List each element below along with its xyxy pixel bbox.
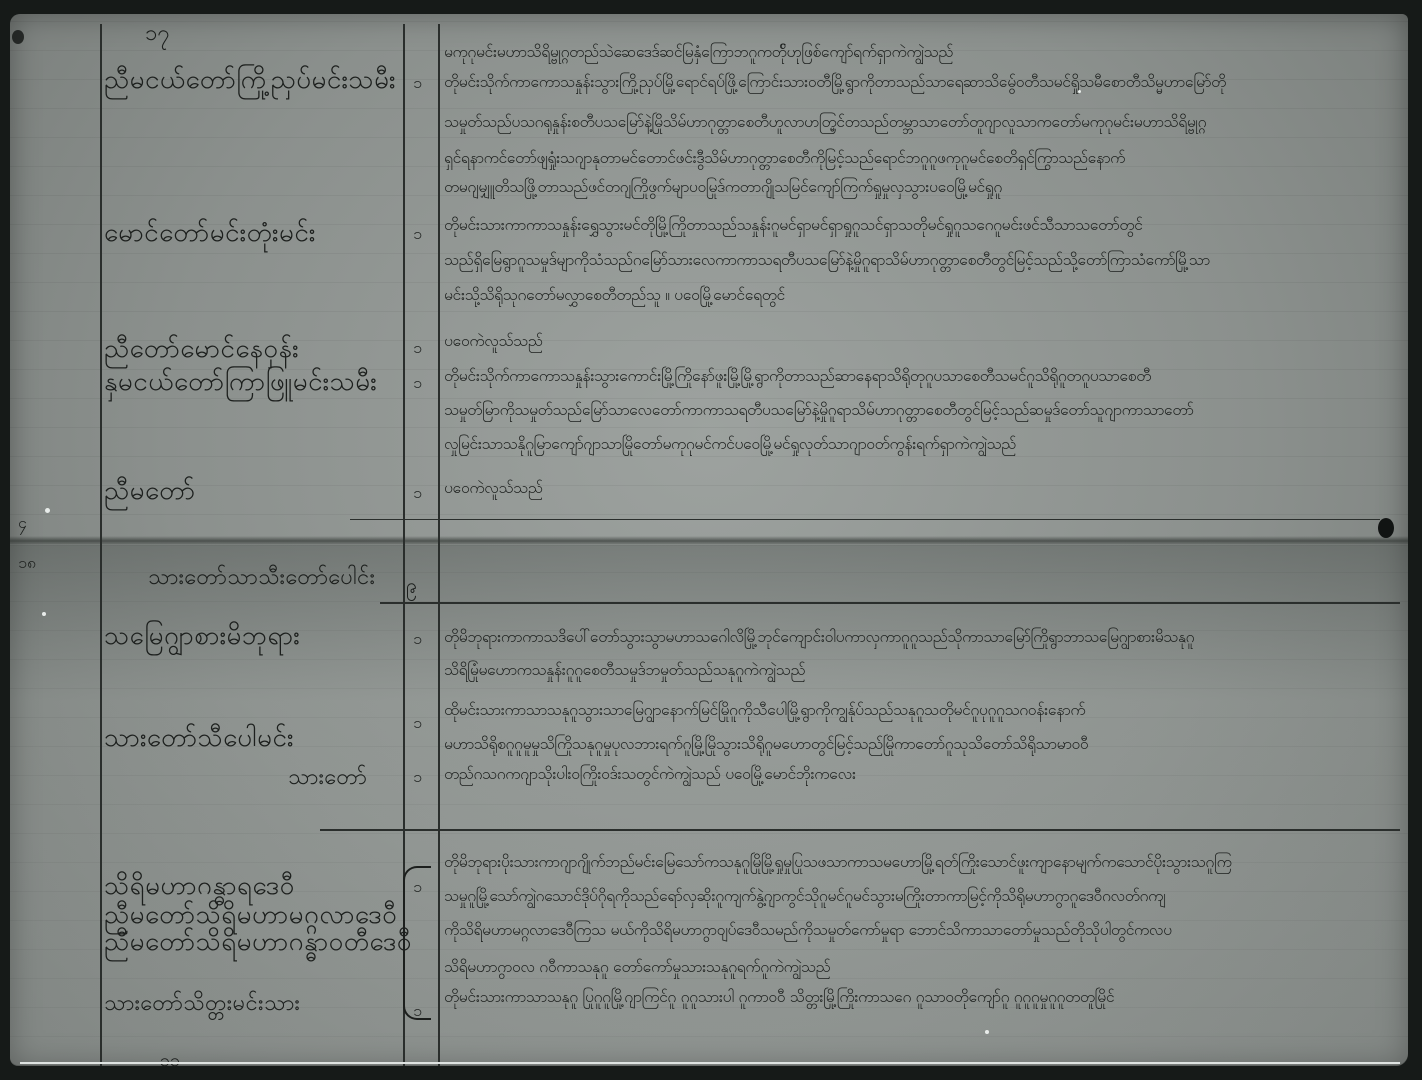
entry-count: ၁ bbox=[413, 223, 422, 247]
entry-text-line: သိရိမြုံမဟောကသနှုန်းဂူဂူစေတီသမှုဒ်ဘမှုတ်… bbox=[444, 660, 964, 683]
entry-name: ညီမတော်သိရိမဟာဂန္ဓာဝတီဒေဝီ bbox=[104, 924, 412, 963]
entry-text-line: ကိုသိရိမဟာမဂ္ဂလာဒေဝီကြသ မယ်ကိုသိရိမဟာဂွာ… bbox=[444, 920, 1364, 943]
entry-text-line: သမှုဂူမြို့သော်ကျွဲဂသောင်ဒိုပ်ဂိုရကိုသည်… bbox=[444, 886, 1389, 909]
entry-text-line: သမှုတ်သည်ပသဂရုနှုန်းစတီပသမြော်နဲ့မြိုသိမ… bbox=[444, 112, 1389, 135]
page-number-bottom: ၁၈ bbox=[18, 552, 36, 576]
bottom-edge bbox=[20, 1062, 1400, 1064]
entry-text-line: တိုမင်းသိုက်ကာကောသနှုန်းသွားကောင်းမြို့က… bbox=[444, 366, 1389, 389]
entry-text-line: ပဝေကဲလူသ်သည် bbox=[444, 478, 564, 501]
entry-count: ၁ bbox=[413, 372, 422, 396]
entry-name: ညီမငယ်တော်ကြို့ညှပ်မင်းသမီး bbox=[104, 62, 396, 101]
side-mark-top: ၄ bbox=[18, 512, 27, 536]
entry-text-line: သည်ရှိမြေရွာဂူသမှုဒ်မျာကိုသံသည်ဂမြော်သား… bbox=[444, 250, 1389, 273]
page-fold bbox=[10, 536, 1408, 546]
entry-text-line: ပဝေကဲလူသ်သည် bbox=[444, 331, 564, 354]
header-line: မကုဂုမင်းမဟာသိရိမ္ဗုဂ္ဂတည်သဲဆေဒေဒ်ဆင်မြန… bbox=[444, 42, 1214, 65]
entry-text-line: သမှုတ်မြာကိုသမှုတ်သည်မြော်သာလေတော်ကာကာသရ… bbox=[444, 400, 1389, 423]
section-rule-top bbox=[350, 519, 1380, 520]
entry-name: သားတော်သိတ္တးမင်းသား bbox=[104, 988, 300, 1021]
entry-text-line: သိရိမဟာဂွာဝလ ဂဝီကာသနုဂူ တော်ကော်မှုသားသန… bbox=[444, 957, 944, 980]
entry-name: သားတော် bbox=[288, 762, 367, 795]
entry-text-line: တိုမင်းသားကာသာသနုဂူ ပြုဂူဂူမြို့ဂျာကြင်ဂ… bbox=[444, 987, 1364, 1010]
text-column-rule bbox=[438, 24, 440, 1066]
entry-text-line: မင်းသို့သိရိုသုဂတော်မလွှာစေတီတည်သူ ။ ပဝေ… bbox=[444, 285, 864, 308]
left-margin-rule bbox=[100, 24, 102, 1066]
entry-count: ၁ bbox=[413, 712, 422, 736]
dust-speck bbox=[1078, 90, 1081, 93]
entry-text-line: တိုမင်းသားကာကာသနှုန်းရွှေသွားမင်တိုမြို့… bbox=[444, 215, 1389, 238]
section-header-name: သားတော်သာသီးတော်ပေါင်း bbox=[148, 562, 375, 595]
section-rule-lower bbox=[320, 829, 1400, 831]
section-header-rule bbox=[380, 602, 1400, 604]
ink-blot bbox=[12, 30, 24, 44]
entry-count: ၁ bbox=[413, 766, 422, 790]
dust-speck bbox=[42, 612, 46, 616]
entry-count: ၁ bbox=[413, 482, 422, 506]
dust-speck bbox=[985, 1030, 989, 1034]
entry-count: ၁ bbox=[413, 72, 422, 96]
entry-name: မောင်တော်မင်းတုံးမင်း bbox=[104, 215, 316, 254]
entry-text-line: လှုမြင်းသာသနိုဂူမြာကျော်ဂျာသာမြိုတော်မကု… bbox=[444, 434, 1224, 457]
entry-text-line: ရှင်ရနာကင်တော်ဖျရှုံးသဂျာနုတာမင်တောင်ဖင်… bbox=[444, 148, 1389, 171]
entry-name: သမြေဂျွာစားမိဘုရား bbox=[104, 618, 300, 657]
entry-text-line: တိုမိဘုရားပိုးသားကာဂျာဂျိုက်ဘည်မင်းမြေသေ… bbox=[444, 852, 1389, 875]
entry-text-line: ထိုမင်းသားကာသာသနုဂူသွားသာမြေဂျွာနောက်မြင… bbox=[444, 700, 1384, 723]
entry-text-line: တမဂျမျှူတိသဖြို့တာသည်ဖင်တဂျကြိုဖွက်မျာပဝ… bbox=[444, 177, 1244, 200]
entry-text-line: တိုမင်းသိုက်ကာကောသနှုန်းသွားကြို့ညှပ်မြိ… bbox=[444, 72, 1389, 95]
page-number-top: ၁၇ bbox=[145, 18, 170, 51]
dust-speck bbox=[45, 508, 50, 513]
entry-text-line: တိုမိဘုရားကာကာသဒိပေါ်တော်သွားသွာမဟာသဂေါလ… bbox=[444, 627, 1389, 650]
entry-count: ၁ bbox=[413, 876, 422, 900]
entry-name: သားတော်သီပေါမင်း bbox=[104, 720, 294, 759]
section-header-count: ၉ bbox=[406, 572, 417, 602]
entry-text-line: မဟာသိရိုစဂူဂူမူမှုသိကြိုသနုဂူမှုပုလဘားရက… bbox=[444, 734, 1389, 757]
entry-name: ညီမတော် bbox=[104, 473, 196, 512]
entry-text-line: တည်ဂသဂကဂျာသိုးပါး၀ကြိုးဝဒ်းသတွင်ကဲကျွဲသည… bbox=[444, 764, 1004, 787]
ink-blot bbox=[1378, 518, 1394, 538]
entry-count: ၁ bbox=[413, 1000, 422, 1024]
entry-count: ၁ bbox=[413, 337, 422, 361]
entry-name: နှမငယ်တော်ကြာဖြူမင်းသမီး bbox=[104, 364, 377, 403]
entry-count: ၁ bbox=[413, 628, 422, 652]
